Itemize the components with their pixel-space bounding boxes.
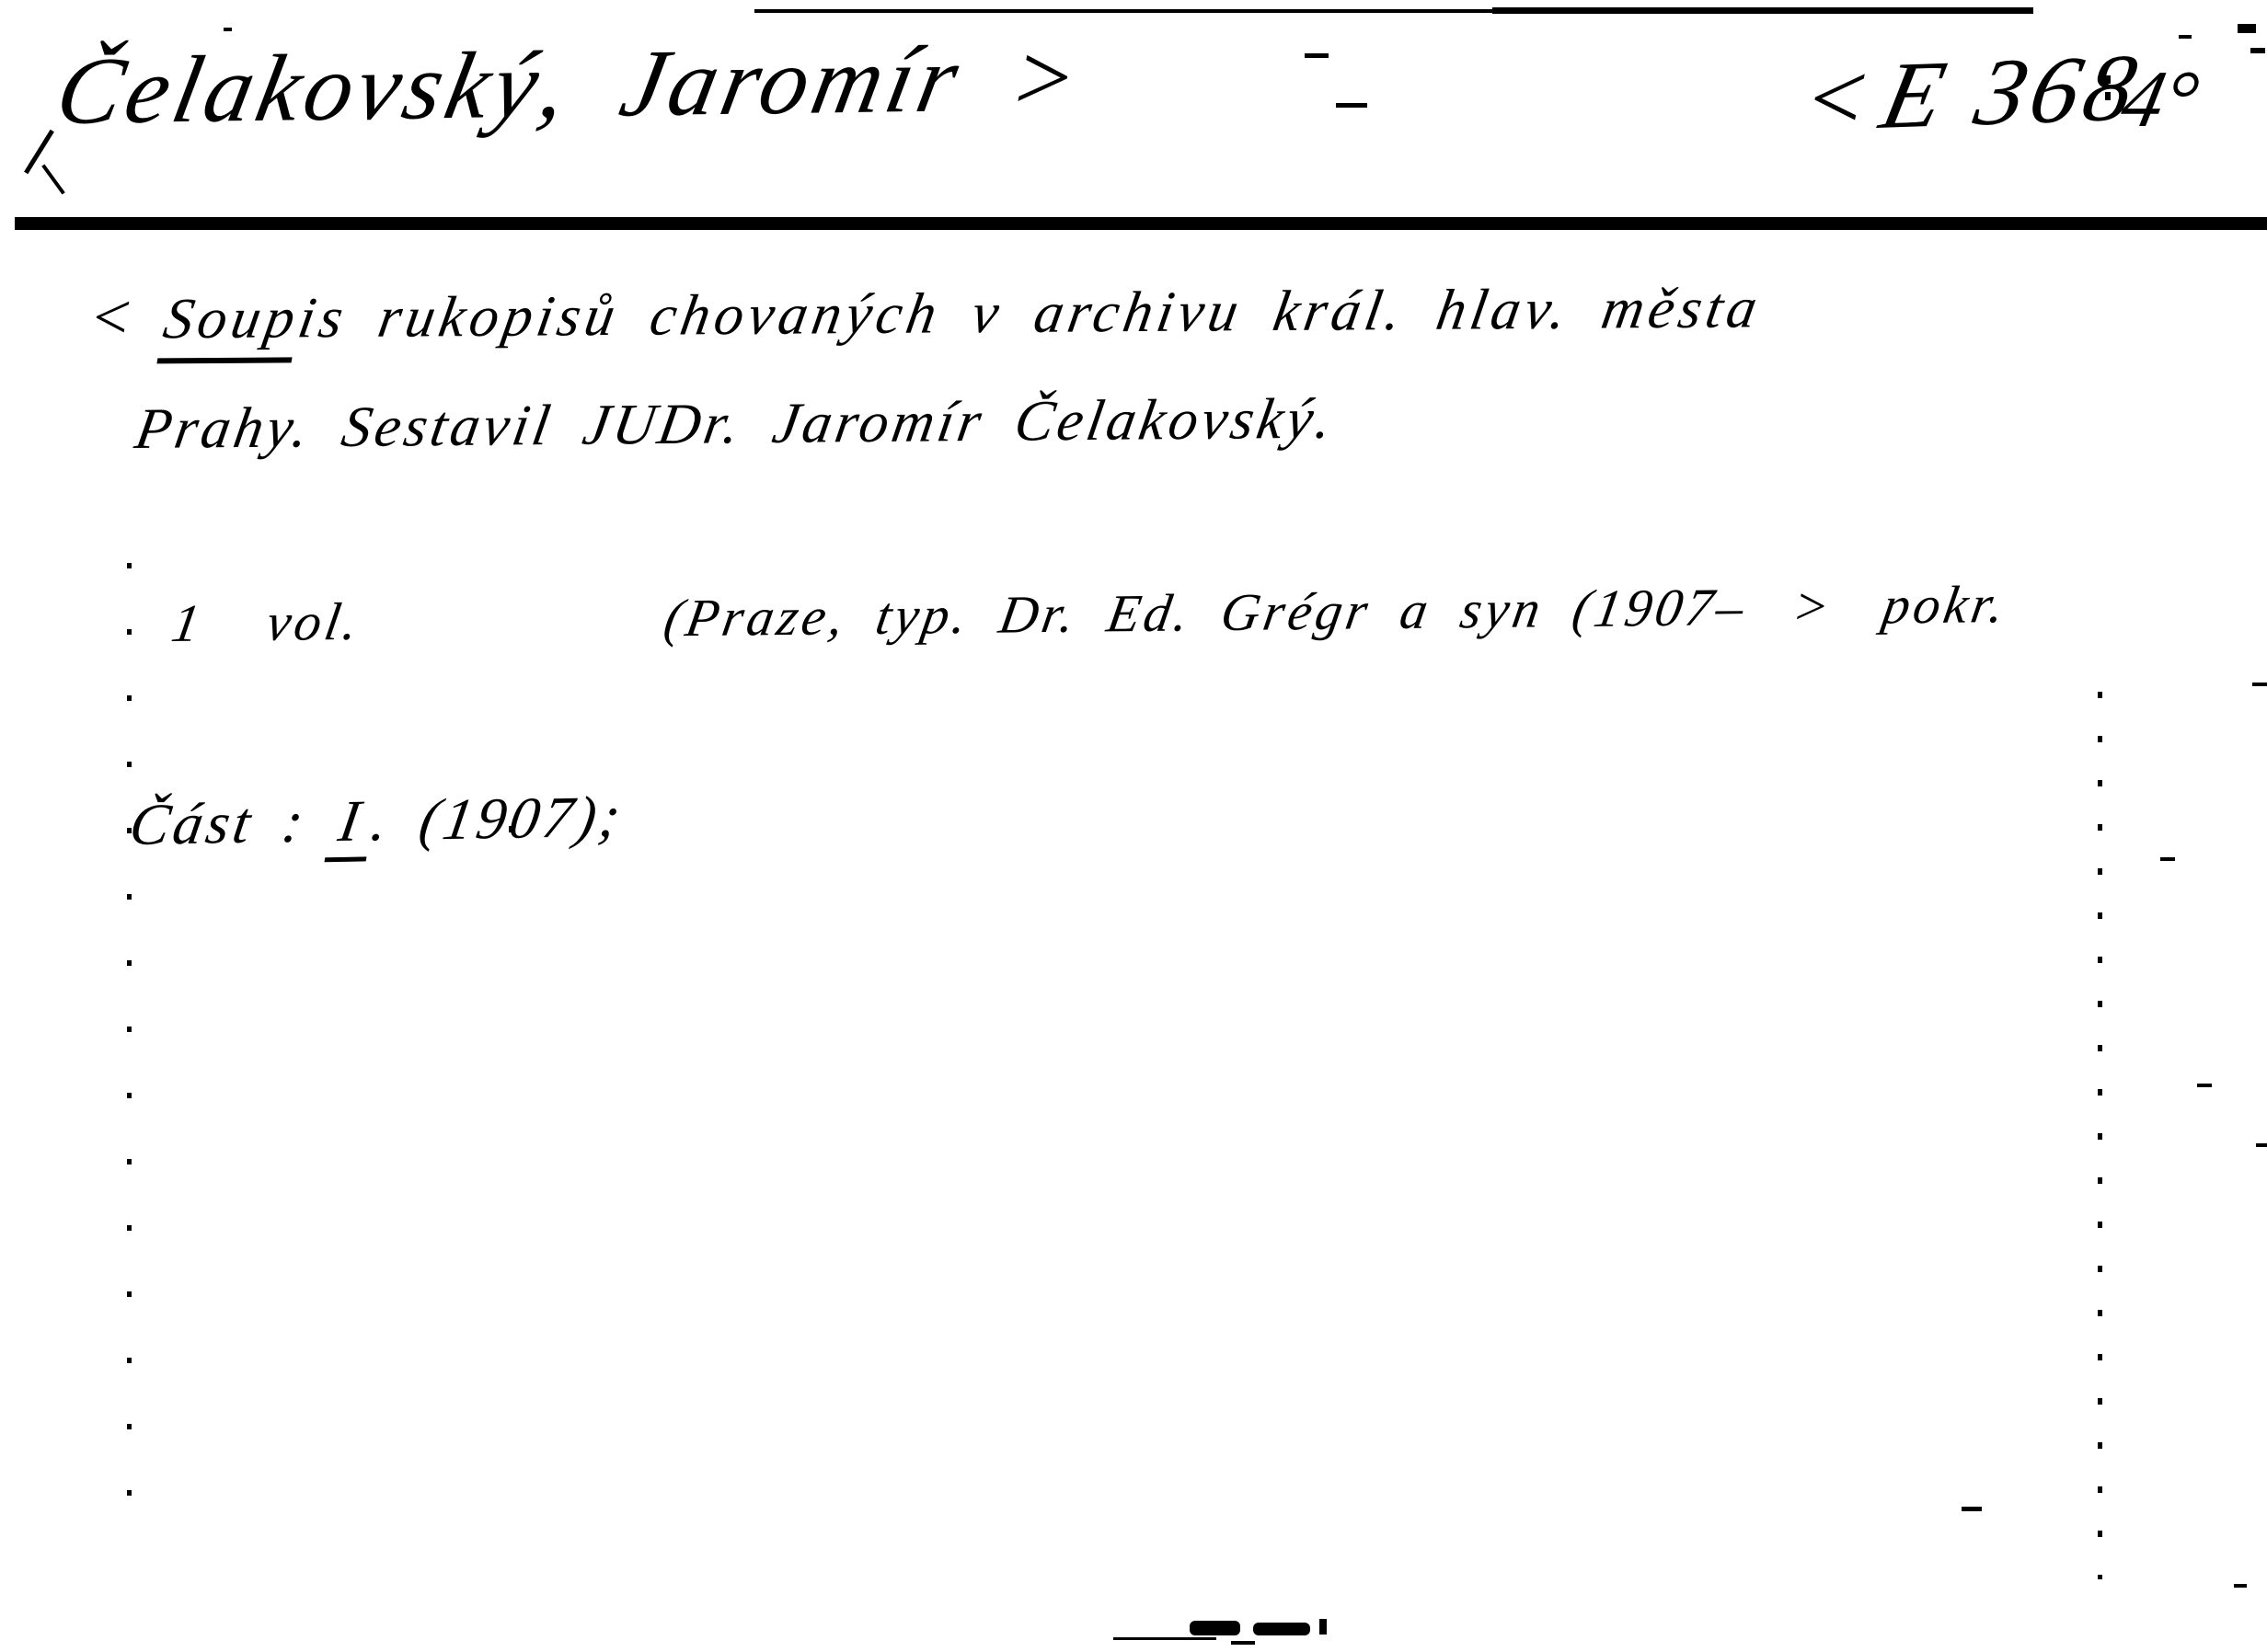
scan-bottom-blob — [1190, 1621, 1240, 1635]
parts-rest: . (1907); — [367, 784, 628, 854]
angle-bracket-open-icon: < — [83, 282, 143, 353]
angle-bracket-open-icon: < — [1792, 43, 1885, 152]
shelfmark: <E 368 — [1792, 32, 2151, 154]
angle-bracket-close-icon: > — [1789, 576, 1838, 636]
scan-bottom-blob — [1253, 1623, 1310, 1635]
scan-speck — [1336, 103, 1367, 108]
scan-speck — [2105, 92, 2111, 100]
scan-flourish-mark — [24, 130, 54, 174]
scan-speck — [2256, 1143, 2267, 1147]
author-name: Čelakovský, Jaromír — [48, 26, 971, 144]
scan-speck — [2234, 1584, 2247, 1588]
scan-speck — [2252, 683, 2267, 686]
parts-line: Část :I. (1907); — [125, 783, 628, 859]
scan-speck — [2250, 48, 2265, 53]
scanned-catalog-card: Čelakovský, Jaromír> <E 368 4° <Soupis r… — [0, 0, 2267, 1652]
author-heading: Čelakovský, Jaromír> — [48, 23, 1092, 146]
scan-speck — [2160, 857, 2175, 861]
scan-top-edge-line-thick — [1492, 7, 2033, 14]
header-divider-rule — [15, 217, 2267, 230]
scan-speck — [2179, 35, 2192, 39]
scan-speck — [509, 826, 515, 832]
scan-speck — [1962, 1507, 1982, 1511]
volume-label: vol. — [262, 591, 365, 652]
title-line-1: <Soupis rukopisů chovaných v archivu krá… — [83, 270, 1767, 355]
imprint-line: 1vol.(Praze, typ. Dr. Ed. Grégr a syn (1… — [167, 573, 2012, 654]
scan-speck — [2105, 75, 2111, 84]
imprint-note: pokr. — [1879, 574, 2012, 635]
volume-count: 1 — [167, 593, 208, 653]
title-rest: is rukopisů chovaných v archivu král. hl… — [293, 275, 1766, 350]
scan-speck — [1305, 53, 1329, 58]
imprint-text: (Praze, typ. Dr. Ed. Grégr a syn (1907– — [660, 577, 1752, 648]
scan-speck — [2197, 1084, 2212, 1087]
scan-bottom-line — [1113, 1637, 1216, 1640]
scan-bottom-blob — [1319, 1619, 1327, 1635]
title-line-2: Prahy. Sestavil JUDr. Jaromír Čelakovský… — [131, 385, 1341, 463]
angle-bracket-close-icon: > — [1001, 25, 1091, 132]
scan-flourish-mark — [41, 164, 65, 194]
title-underlined-part: Soup — [157, 285, 305, 363]
left-dotted-margin-line — [127, 563, 132, 1545]
right-dotted-margin-line — [2098, 692, 2102, 1579]
scan-bottom-line — [1231, 1641, 1255, 1645]
scan-top-edge-line — [754, 9, 1500, 13]
parts-label: Část : — [125, 789, 312, 857]
scan-speck — [2238, 24, 2256, 33]
scan-speck — [224, 28, 232, 31]
